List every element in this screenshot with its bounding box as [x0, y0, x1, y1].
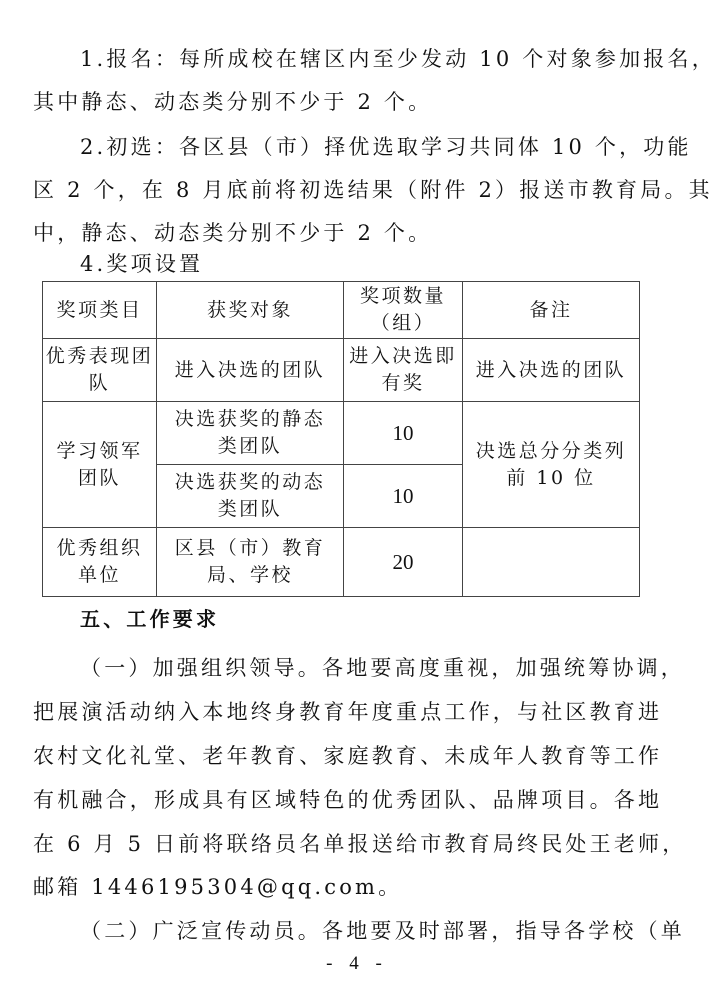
text: 在 6 月 5 日前将联络员名单报送给市教育局终民处王老师， [33, 830, 686, 858]
requirement-1-line-5: 在 6 月 5 日前将联络员名单报送给市教育局终民处王老师， [0, 830, 714, 858]
cell-note: 进入决选的团队 [463, 339, 640, 402]
text: 1.报名：每所成校在辖区内至少发动 10 个对象参加报名， [80, 45, 714, 73]
cell-note [463, 528, 640, 597]
paragraph-registration-line-1: 1.报名：每所成校在辖区内至少发动 10 个对象参加报名， [0, 45, 714, 73]
requirement-1-line-2: 把展演活动纳入本地终身教育年度重点工作，与社区教育进 [0, 698, 714, 726]
subsection-title: 4.奖项设置 [0, 250, 714, 278]
cell-target: 决选获奖的动态类团队 [157, 465, 344, 528]
text: 有机融合，形成具有区域特色的优秀团队、品牌项目。各地 [33, 786, 662, 814]
paragraph-preselection-line-2: 区 2 个，在 8 月底前将初选结果（附件 2）报送市教育局。其 [0, 176, 714, 204]
requirement-1-line-3: 农村文化礼堂、老年教育、家庭教育、未成年人教育等工作 [0, 742, 714, 770]
section-heading: 五、工作要求 [0, 605, 714, 633]
table-header-row: 奖项类目 获奖对象 奖项数量 （组） 备注 [43, 282, 640, 339]
cell-quantity: 20 [344, 528, 463, 597]
text: （一）加强组织领导。各地要高度重视，加强统筹协调， [80, 654, 685, 682]
table-row: 学习领军团队 决选获奖的静态类团队 10 决选总分分类列前 10 位 [43, 402, 640, 465]
paragraph-registration-line-2: 其中静态、动态类分别不少于 2 个。 [0, 88, 714, 116]
requirement-1-line-1: （一）加强组织领导。各地要高度重视，加强统筹协调， [0, 654, 714, 682]
text: 邮箱 1446195304@qq.com。 [33, 873, 402, 901]
text: 其中静态、动态类分别不少于 2 个。 [33, 88, 432, 116]
header-quantity-line-1: 奖项数量 [346, 283, 460, 310]
cell-category: 学习领军团队 [43, 402, 157, 528]
cell-target: 决选获奖的静态类团队 [157, 402, 344, 465]
cell-quantity: 10 [344, 465, 463, 528]
text: 五、工作要求 [80, 605, 219, 633]
header-note: 备注 [463, 282, 640, 339]
text: 区 2 个，在 8 月底前将初选结果（附件 2）报送市教育局。其 [33, 176, 713, 204]
cell-quantity: 10 [344, 402, 463, 465]
paragraph-preselection-line-3: 中，静态、动态类分别不少于 2 个。 [0, 219, 714, 247]
header-quantity-line-2: （组） [346, 310, 460, 337]
cell-category: 优秀组织单位 [43, 528, 157, 597]
requirement-1-line-4: 有机融合，形成具有区域特色的优秀团队、品牌项目。各地 [0, 786, 714, 814]
text: 农村文化礼堂、老年教育、家庭教育、未成年人教育等工作 [33, 742, 662, 770]
requirement-1-line-6: 邮箱 1446195304@qq.com。 [0, 873, 714, 901]
cell-target: 区县（市）教育局、学校 [157, 528, 344, 597]
requirement-2-line-1: （二）广泛宣传动员。各地要及时部署，指导各学校（单 [0, 917, 714, 945]
header-quantity: 奖项数量 （组） [344, 282, 463, 339]
page-number: - 4 - [0, 953, 714, 975]
table-row: 优秀组织单位 区县（市）教育局、学校 20 [43, 528, 640, 597]
text: （二）广泛宣传动员。各地要及时部署，指导各学校（单 [80, 917, 685, 945]
cell-category: 优秀表现团队 [43, 339, 157, 402]
text: 2.初选：各区县（市）择优选取学习共同体 10 个，功能 [80, 133, 692, 161]
header-category: 奖项类目 [43, 282, 157, 339]
header-target: 获奖对象 [157, 282, 344, 339]
paragraph-preselection-line-1: 2.初选：各区县（市）择优选取学习共同体 10 个，功能 [0, 133, 714, 161]
cell-note: 决选总分分类列前 10 位 [463, 402, 640, 528]
cell-target: 进入决选的团队 [157, 339, 344, 402]
table-row: 优秀表现团队 进入决选的团队 进入决选即有奖 进入决选的团队 [43, 339, 640, 402]
cell-quantity: 进入决选即有奖 [344, 339, 463, 402]
awards-table: 奖项类目 获奖对象 奖项数量 （组） 备注 优秀表现团队 进入决选的团队 进入决… [42, 281, 640, 597]
text: 中，静态、动态类分别不少于 2 个。 [33, 219, 432, 247]
text: 把展演活动纳入本地终身教育年度重点工作，与社区教育进 [33, 698, 662, 726]
text: 4.奖项设置 [80, 250, 203, 278]
